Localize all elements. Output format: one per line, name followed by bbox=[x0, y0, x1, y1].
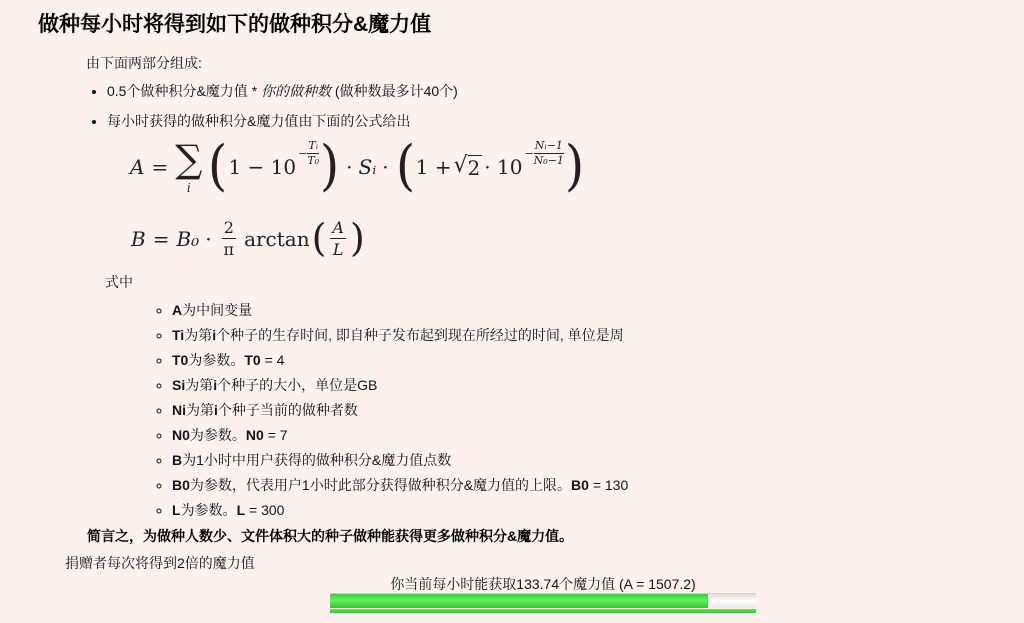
formula-b-b0: B₀ bbox=[176, 227, 199, 251]
exponent2-fraction: Nᵢ−1 N₀−1 bbox=[534, 140, 564, 168]
summary-text: 简言之，为做种人数少、文件体积大的种子做种能获得更多做种积分&魔力值。 bbox=[87, 527, 1024, 545]
variable-item-n0: N0为参数。N0 = 7 bbox=[172, 423, 1024, 448]
variables-list: A为中间变量 Ti为第i个种子的生存时间, 即自种子发布起到现在所经过的时间, … bbox=[0, 298, 1024, 523]
open-paren: ( bbox=[208, 140, 227, 193]
close-paren: ) bbox=[320, 140, 339, 193]
close-paren: ) bbox=[350, 220, 365, 257]
equals-sign: = bbox=[151, 155, 168, 179]
formula-a-si: Sᵢ bbox=[359, 155, 377, 179]
formula-a: A = ∑ i ( 1 − 10 − Tᵢ T₀ ) · Sᵢ · ( 1 + … bbox=[130, 140, 1024, 194]
progress-fill bbox=[330, 594, 708, 608]
multiply-dot: · bbox=[205, 227, 211, 251]
arctan-function: arctan bbox=[244, 227, 310, 251]
formula-b: B = B₀ · 2 π arctan ( A L ) bbox=[131, 218, 1024, 259]
a-over-l-fraction: A L bbox=[330, 218, 346, 259]
variable-item-t0: T0为参数。T0 = 4 bbox=[172, 348, 1024, 373]
variable-item-l: L为参数。L = 300 bbox=[172, 498, 1024, 523]
progress-underline bbox=[330, 609, 756, 613]
where-label: 式中 bbox=[105, 274, 1024, 290]
multiply-dot: · bbox=[346, 155, 352, 179]
intro-text: 由下面两部分组成: bbox=[86, 54, 1024, 72]
open-paren: ( bbox=[312, 220, 327, 257]
formula-a-term2: 1 + bbox=[416, 155, 452, 179]
formula-a-term3: · 10 bbox=[484, 155, 522, 179]
close-paren: ) bbox=[565, 140, 584, 193]
variable-item-a: A为中间变量 bbox=[172, 298, 1024, 323]
two-over-pi-fraction: 2 π bbox=[222, 218, 237, 259]
composition-item-formula: 每小时获得的做种积分&魔力值由下面的公式给出 bbox=[107, 106, 1024, 136]
bonus-page: { "page": { "background_color": "#fcf1ec… bbox=[0, 0, 1024, 623]
page-title: 做种每小时将得到如下的做种积分&魔力值 bbox=[38, 12, 1024, 38]
donor-note: 捐赠者每次将得到2倍的魔力值 bbox=[65, 554, 1024, 572]
formula-a-exponent1: − Tᵢ T₀ bbox=[298, 140, 319, 168]
variable-item-ti: Ti为第i个种子的生存时间, 即自种子发布起到现在所经过的时间, 单位是周 bbox=[172, 323, 1024, 348]
variable-item-b: B为1小时中用户获得的做种积分&魔力值点数 bbox=[172, 448, 1024, 473]
exponent1-fraction: Tᵢ T₀ bbox=[307, 140, 319, 168]
bonus-rate-text: 你当前每小时能获取133.74个魔力值 (A = 1507.2) bbox=[330, 576, 756, 592]
composition-item-points: 0.5个做种积分&魔力值 * 你的做种数 (做种数最多计40个) bbox=[107, 76, 1024, 106]
progress-bar bbox=[330, 593, 756, 608]
sqrt-radical: √ 2 bbox=[454, 155, 483, 178]
variable-item-ni: Ni为第i个种子当前的做种者数 bbox=[172, 398, 1024, 423]
composition-list: 0.5个做种积分&魔力值 * 你的做种数 (做种数最多计40个) 每小时获得的做… bbox=[0, 76, 1024, 136]
summation-symbol: ∑ i bbox=[175, 140, 202, 194]
equals-sign: = bbox=[153, 227, 170, 251]
multiply-dot: · bbox=[382, 155, 388, 179]
formula-b-lhs: B bbox=[131, 227, 146, 251]
open-paren: ( bbox=[395, 140, 414, 193]
bonus-status: 你当前每小时能获取133.74个魔力值 (A = 1507.2) bbox=[330, 576, 756, 613]
variable-item-si: Si为第i个种子的大小，单位是GB bbox=[172, 373, 1024, 398]
variable-item-b0: B0为参数，代表用户1小时此部分获得做种积分&魔力值的上限。B0 = 130 bbox=[172, 473, 1024, 498]
formula-a-exponent2: − Nᵢ−1 N₀−1 bbox=[524, 140, 563, 168]
formula-a-term1: 1 − 10 bbox=[228, 155, 296, 179]
formula-a-lhs: A bbox=[130, 155, 144, 179]
